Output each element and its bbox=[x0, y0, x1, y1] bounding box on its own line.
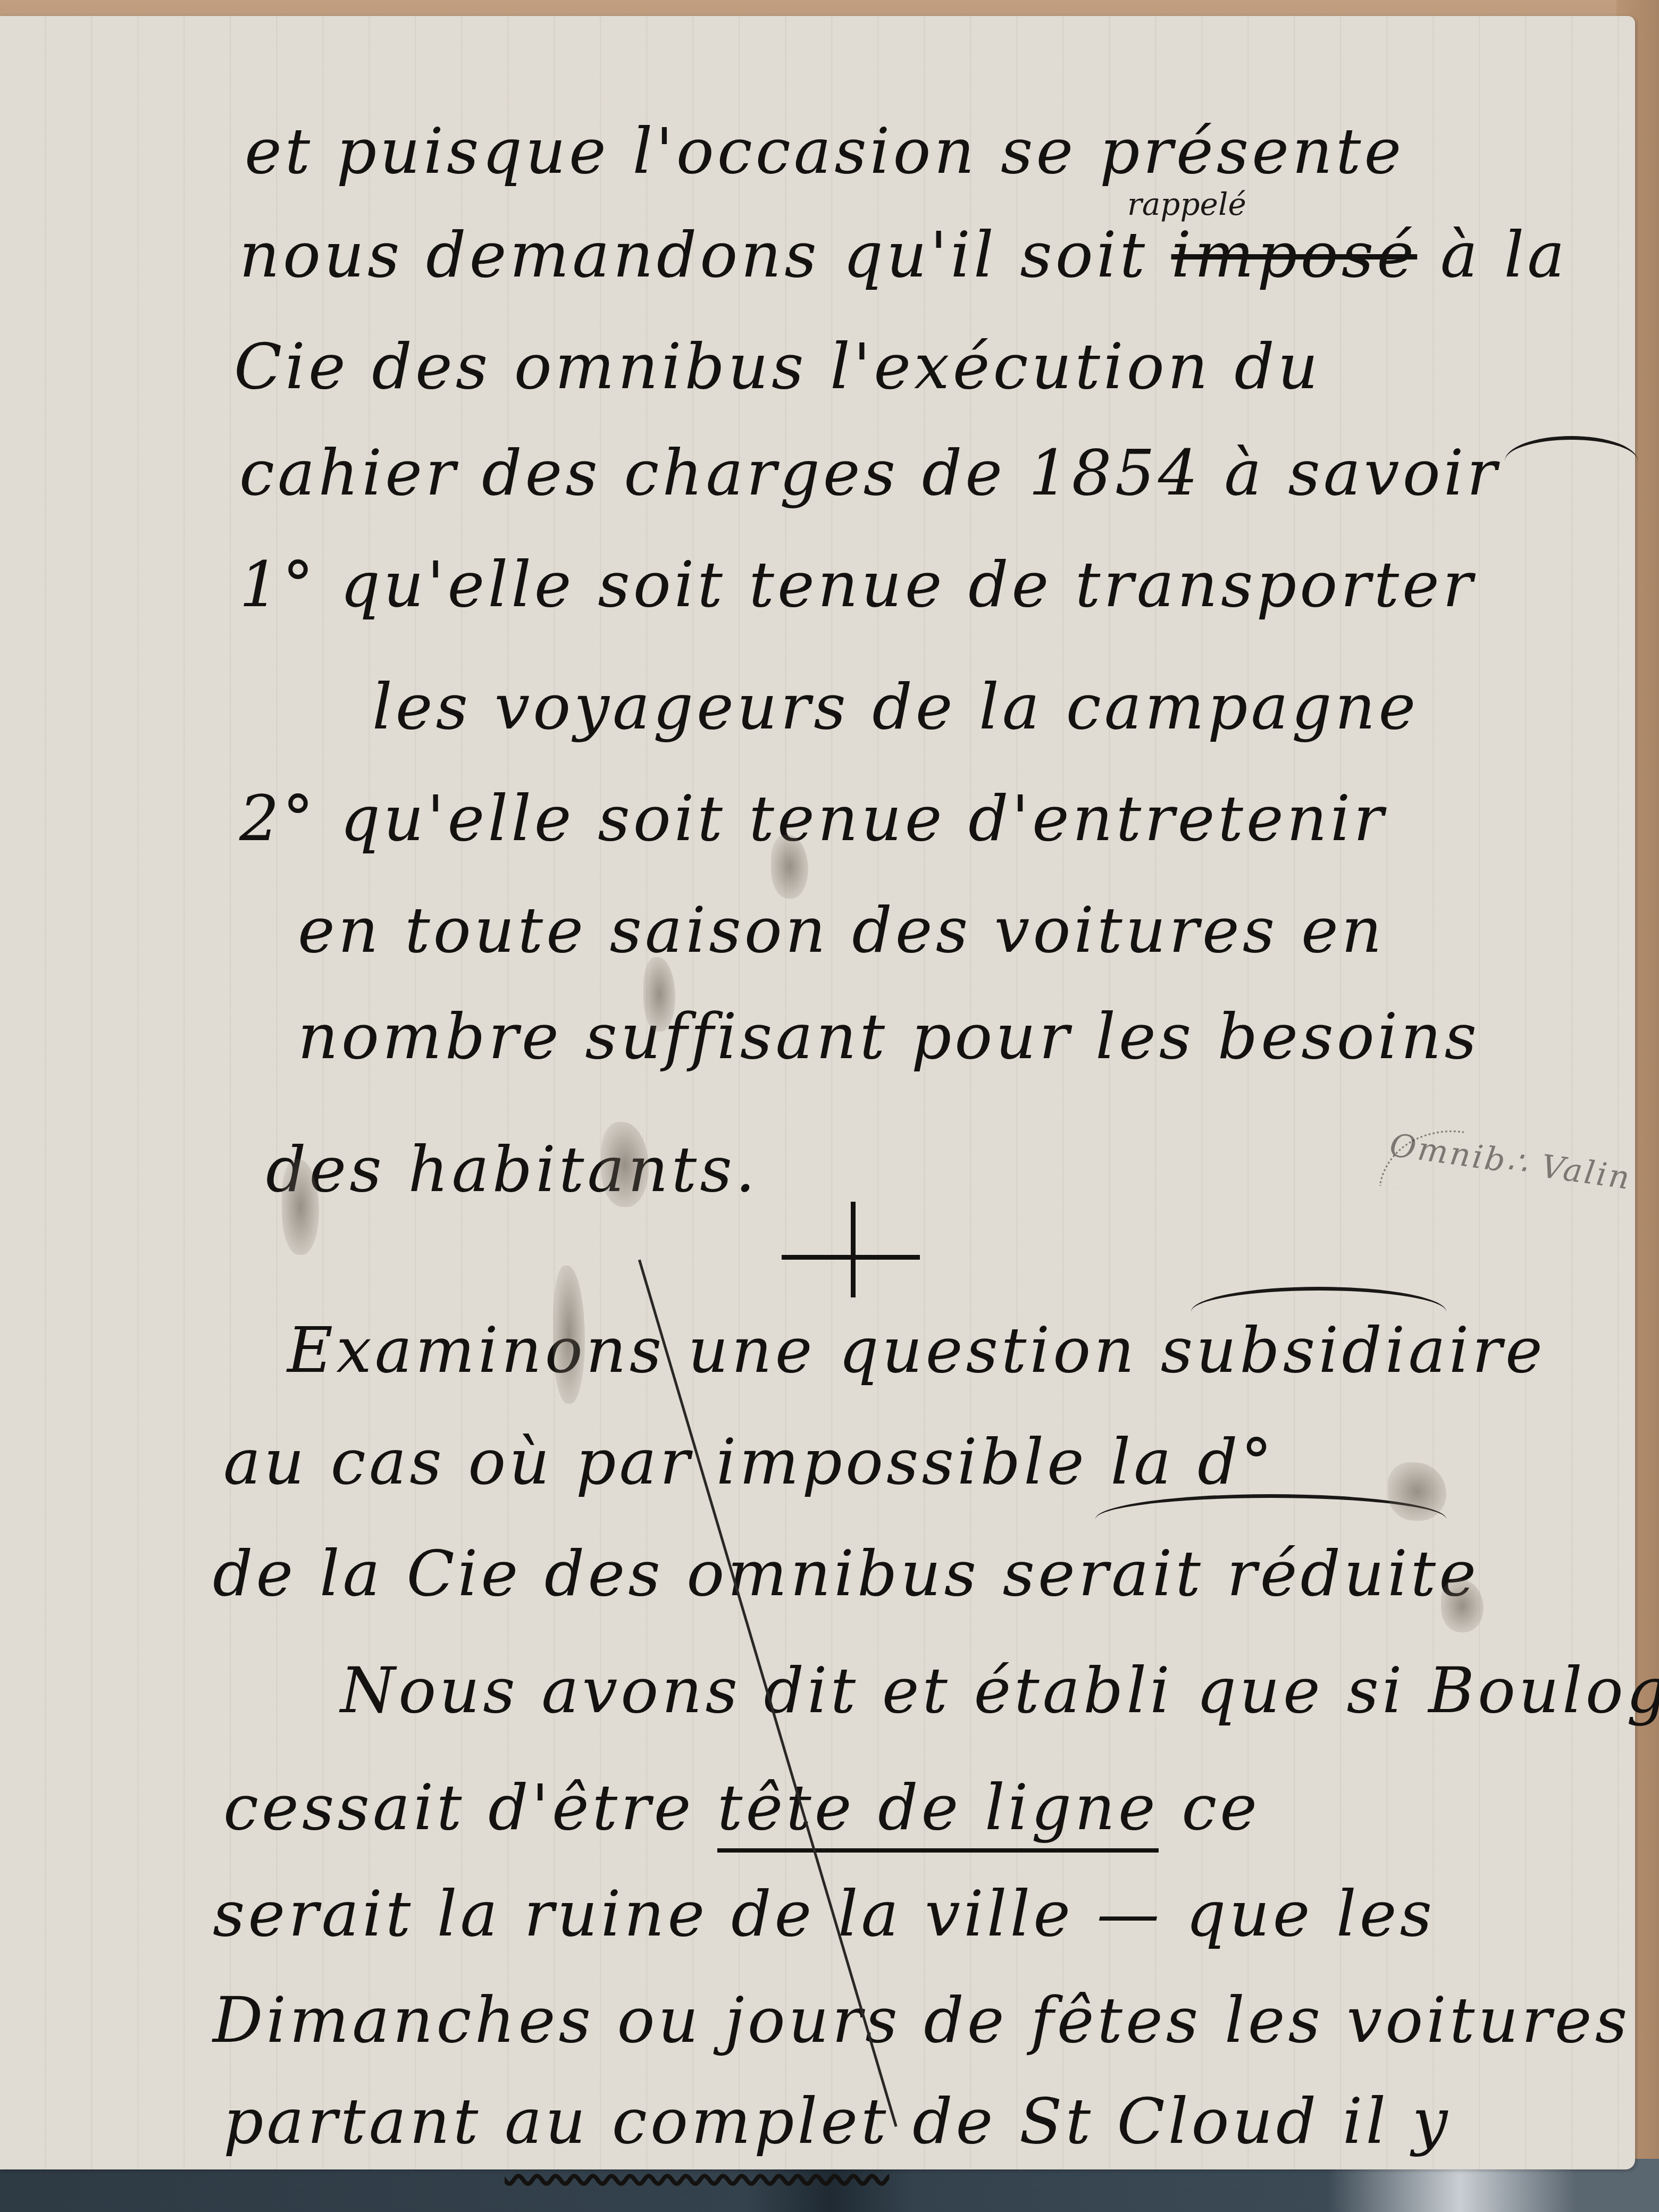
line-11-text: Examinons une question bbox=[287, 1313, 1137, 1387]
manuscript-line-10: des habitants. bbox=[266, 1133, 758, 1206]
line-15-lead: cessait d'être bbox=[223, 1771, 694, 1844]
ink-stain bbox=[643, 957, 675, 1032]
ink-stain bbox=[1388, 1462, 1446, 1521]
cross-mark-vertical bbox=[851, 1202, 856, 1297]
faded-stamp: Omnib∴ Valin bbox=[1375, 1126, 1640, 1287]
interlinear-insertion: rappelé bbox=[1127, 186, 1246, 222]
line-2-tail: à la bbox=[1440, 218, 1568, 291]
manuscript-page: et puisque l'occasion se présente nous d… bbox=[0, 16, 1635, 2169]
line-2-text: nous demandons qu'il soit bbox=[239, 218, 1148, 291]
manuscript-line-4: cahier des charges de 1854 à savoir bbox=[239, 436, 1500, 509]
cross-mark-horizontal bbox=[782, 1255, 920, 1260]
flourish-mark bbox=[1505, 436, 1638, 461]
manuscript-line-9: nombre suffisant pour les besoins bbox=[298, 1000, 1480, 1073]
overline-subsidiaire bbox=[1191, 1287, 1446, 1312]
manuscript-line-17: Dimanches ou jours de fêtes les voitures bbox=[213, 1983, 1630, 2057]
manuscript-line-12: au cas où par impossible la d° bbox=[223, 1425, 1276, 1498]
manuscript-line-5: 1° qu'elle soit tenue de transporter bbox=[239, 548, 1476, 621]
line-18-lead: partant bbox=[223, 2084, 481, 2158]
manuscript-line-14: Nous avons dit et établi que si Boulogne bbox=[340, 1654, 1659, 1727]
manuscript-line-2: nous demandons qu'il soit imposé à la bbox=[239, 218, 1568, 291]
manuscript-line-3: Cie des omnibus l'exécution du bbox=[234, 330, 1321, 403]
manuscript-line-11: Examinons une question subsidiaire bbox=[287, 1313, 1546, 1387]
struck-word: imposé bbox=[1171, 218, 1418, 291]
manuscript-line-1: et puisque l'occasion se présente bbox=[245, 114, 1404, 188]
underlined-tete-de-ligne: tête de ligne bbox=[717, 1771, 1159, 1853]
ink-stain bbox=[553, 1266, 585, 1404]
manuscript-line-6: les voyageurs de la campagne bbox=[372, 670, 1419, 743]
line-15-tail: ce bbox=[1182, 1771, 1260, 1844]
line-11-overlined-word: subsidiaire bbox=[1161, 1313, 1546, 1387]
manuscript-line-13: de la Cie des omnibus serait réduite bbox=[213, 1537, 1479, 1610]
manuscript-line-15: cessait d'être tête de ligne ce bbox=[223, 1771, 1260, 1844]
line-18-tail: de St Cloud il y bbox=[912, 2084, 1451, 2158]
underlined-au-complet: au complet bbox=[505, 2084, 889, 2158]
manuscript-line-7: 2° qu'elle soit tenue d'entretenir bbox=[239, 782, 1387, 855]
manuscript-line-8: en toute saison des voitures en bbox=[298, 893, 1385, 967]
manuscript-line-18: partant au complet de St Cloud il y bbox=[223, 2084, 1451, 2158]
page-content: et puisque l'occasion se présente nous d… bbox=[0, 16, 1635, 2169]
